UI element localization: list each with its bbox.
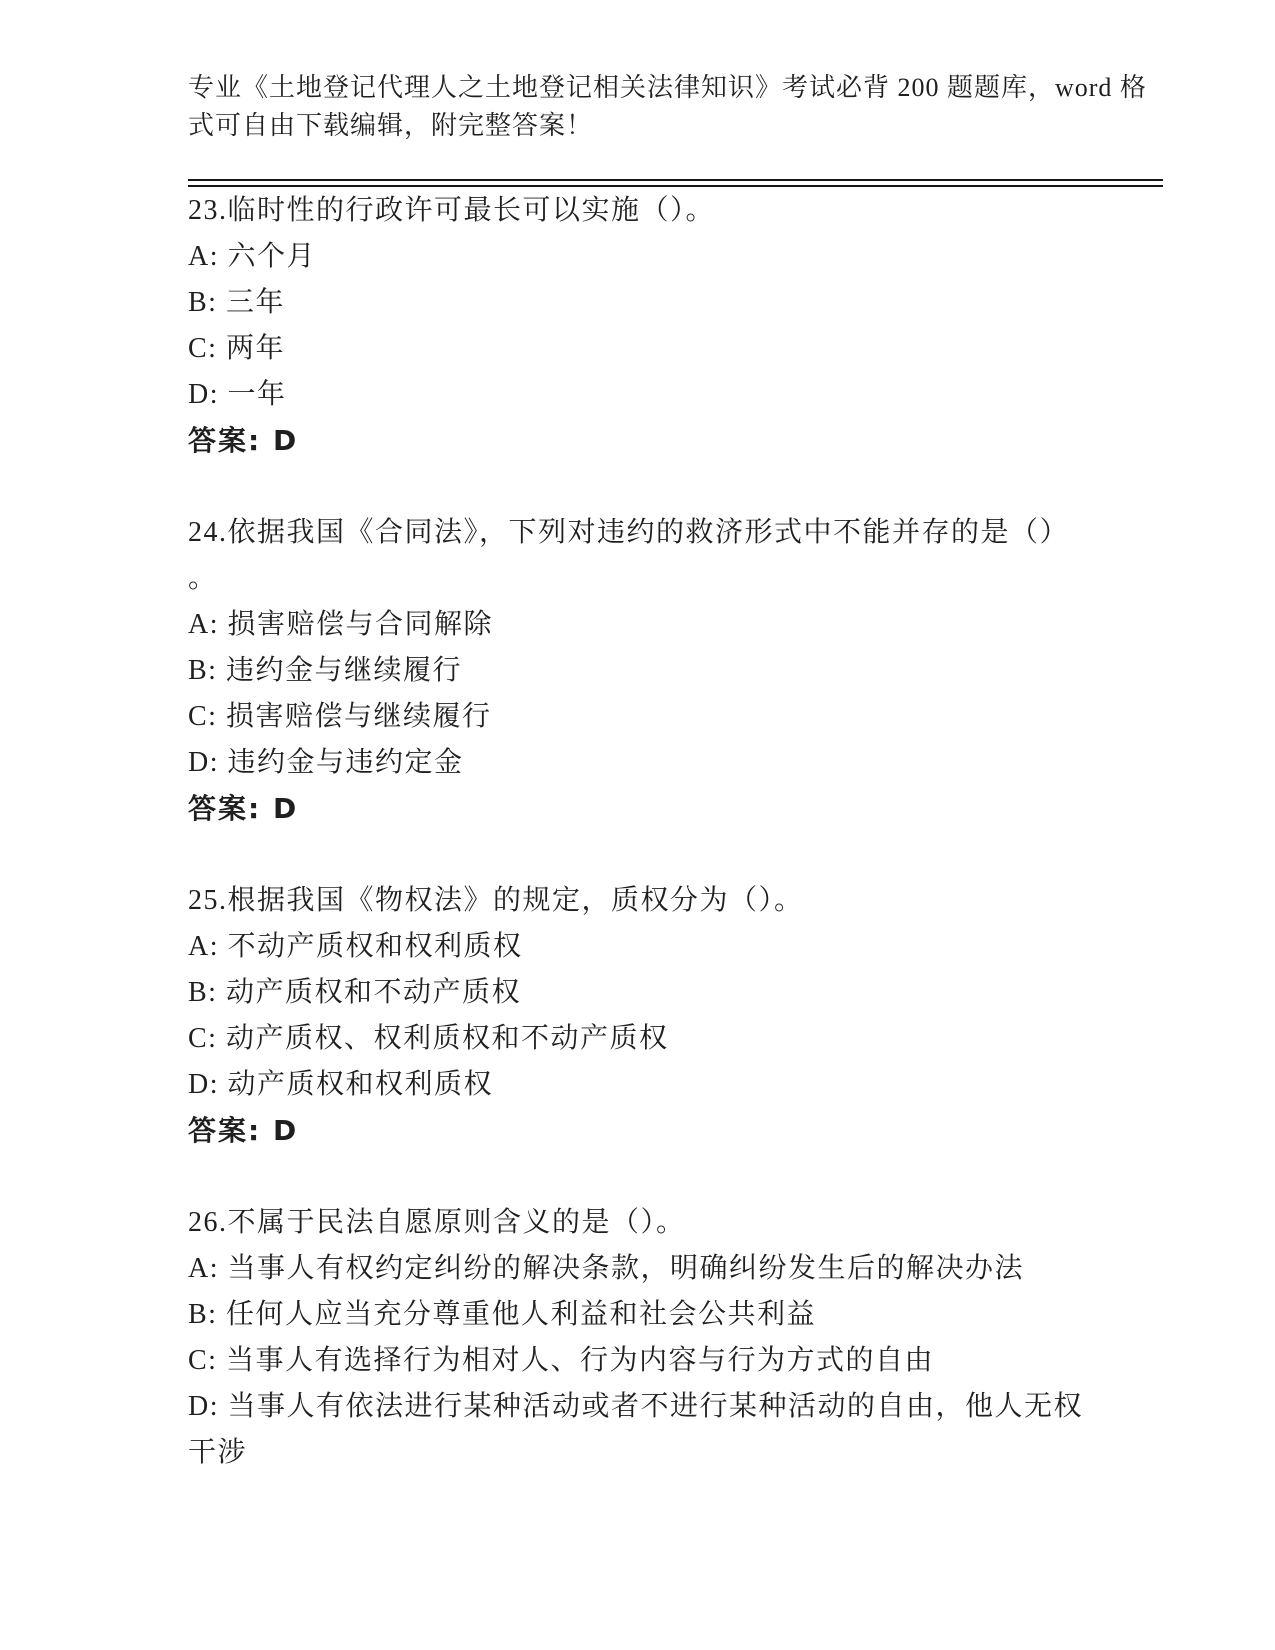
question-option-line: A: 当事人有权约定纠纷的解决条款，明确纠纷发生后的解决办法 — [188, 1246, 1173, 1292]
question-block: 24.依据我国《合同法》，下列对违约的救济形式中不能并存的是（）。A: 损害赔偿… — [188, 510, 1173, 832]
question-option-line: B: 违约金与继续履行 — [188, 648, 1173, 694]
question-title-line: 26.不属于民法自愿原则含义的是（）。 — [188, 1200, 1173, 1246]
header-line: 式可自由下载编辑，附完整答案！ — [188, 107, 1163, 145]
question-option-line: C: 动产质权、权利质权和不动产质权 — [188, 1016, 1173, 1062]
header-line: 专业《土地登记代理人之土地登记相关法律知识》考试必背 200 题题库，word … — [188, 69, 1163, 107]
question-option-line: C: 两年 — [188, 326, 1173, 372]
question-block: 25.根据我国《物权法》的规定，质权分为（）。A: 不动产质权和权利质权B: 动… — [188, 878, 1173, 1154]
answer-line: 答案: D — [188, 418, 1173, 464]
question-title-line: 25.根据我国《物权法》的规定，质权分为（）。 — [188, 878, 1173, 924]
question-option-line: A: 六个月 — [188, 234, 1173, 280]
question-option-line: D: 违约金与违约定金 — [188, 740, 1173, 786]
question-block: 23.临时性的行政许可最长可以实施（）。A: 六个月B: 三年C: 两年D: 一… — [188, 188, 1173, 464]
question-title-line: 24.依据我国《合同法》，下列对违约的救济形式中不能并存的是（） — [188, 510, 1173, 556]
question-option-line: B: 任何人应当充分尊重他人利益和社会公共利益 — [188, 1292, 1173, 1338]
header-text: 专业《土地登记代理人之土地登记相关法律知识》考试必背 200 题题库，word … — [188, 0, 1163, 145]
question-option-line: C: 当事人有选择行为相对人、行为内容与行为方式的自由 — [188, 1338, 1173, 1384]
question-option-line: D: 一年 — [188, 372, 1173, 418]
question-option-line: B: 三年 — [188, 280, 1173, 326]
question-title-line: 23.临时性的行政许可最长可以实施（）。 — [188, 188, 1173, 234]
question-block: 26.不属于民法自愿原则含义的是（）。A: 当事人有权约定纠纷的解决条款，明确纠… — [188, 1200, 1173, 1476]
header-rule — [188, 179, 1163, 187]
question-option-line: D: 当事人有依法进行某种活动或者不进行某种活动的自由，他人无权 — [188, 1384, 1173, 1430]
document-page: 专业《土地登记代理人之土地登记相关法律知识》考试必背 200 题题库，word … — [0, 0, 1275, 1650]
question-option-line: C: 损害赔偿与继续履行 — [188, 694, 1173, 740]
question-title-line: 。 — [188, 556, 1173, 602]
answer-line: 答案: D — [188, 786, 1173, 832]
question-option-line: B: 动产质权和不动产质权 — [188, 970, 1173, 1016]
questions-area: 23.临时性的行政许可最长可以实施（）。A: 六个月B: 三年C: 两年D: 一… — [188, 188, 1173, 1522]
question-option-line: A: 不动产质权和权利质权 — [188, 924, 1173, 970]
answer-line: 答案: D — [188, 1108, 1173, 1154]
page-header: 专业《土地登记代理人之土地登记相关法律知识》考试必背 200 题题库，word … — [188, 0, 1163, 187]
question-option-line: 干涉 — [188, 1430, 1173, 1476]
question-option-line: A: 损害赔偿与合同解除 — [188, 602, 1173, 648]
question-option-line: D: 动产质权和权利质权 — [188, 1062, 1173, 1108]
